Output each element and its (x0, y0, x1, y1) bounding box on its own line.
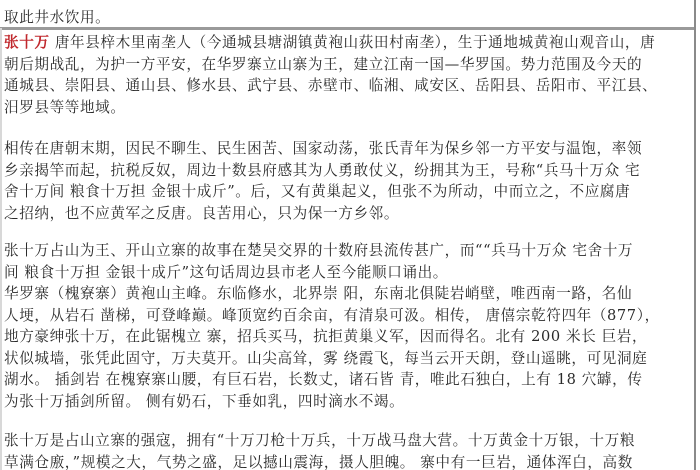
cropped-line (4, 0, 694, 7)
paragraph-3: 张十万占山为王、开山立寨的故事在楚吴交界的十数府县流传甚广，而““兵马十万众 宅… (4, 240, 694, 412)
text-line: 地方豪绅张十万，在此锯槐立 寨，招兵买马，抗拒黄巢义军，因而得名。北有 200 … (4, 326, 694, 348)
text-line: 相传在唐朝末期，因民不聊生、民生困苦、国家动荡，张氏青年为保乡邻一方平安与温饱，… (4, 138, 694, 160)
text-line: 湖水。 插剑岩 在槐寮寨山腰，有巨石岩，长数丈，诸石皆 青，唯此石独白，上有 1… (4, 369, 694, 391)
text-line: 汨罗县等等地域。 (4, 97, 694, 119)
text-line: 状似城墙，张凭此固守，万夫莫开。山尖高耸，雾 绕霞飞，每当云开天朗，登山遥眺，可… (4, 348, 694, 370)
section-divider (0, 27, 696, 30)
text-line: 之招纳，也不应黄军之反唐。良苦用心，只为保一方乡邻。 (4, 203, 694, 225)
text-line: 张十万占山为王、开山立寨的故事在楚吴交界的十数府县流传甚广，而““兵马十万众 宅… (4, 240, 694, 262)
page-left-border (0, 28, 2, 470)
page-right-border (694, 0, 696, 470)
paragraph-1: 张十万 唐年县梓木里南垄人（今通城县塘湖镇黄袍山荻田村南垄），生于通地城黄袍山观… (4, 32, 694, 118)
text-line: 为张十万插剑所留。 侧有奶石，下垂如乳，四时滴水不竭。 (4, 391, 694, 413)
top-fragment: 取此井水饮用。 (4, 0, 694, 29)
highlighted-name: 张十万 (4, 34, 50, 51)
text-line: 华罗寨（槐寮寨）黄袍山主峰。东临修水，北界崇 阳，东南北俱陡岩峭壁，唯西南一路，… (4, 283, 694, 305)
document-page: 取此井水饮用。 张十万 唐年县梓木里南垄人（今通城县塘湖镇黄袍山荻田村南垄），生… (0, 0, 700, 470)
text-line: 张十万 唐年县梓木里南垄人（今通城县塘湖镇黄袍山荻田村南垄），生于通地城黄袍山观… (4, 32, 694, 54)
text-line: 间 粮食十万担 金银十成斤”这句话周边县市老人至今能顺口诵出。 (4, 262, 694, 284)
text-line: 张十万是占山立寨的强寇，拥有“十万刀枪十万兵，十万战马盘大营。十万黄金十万银，十… (4, 430, 694, 452)
text-line: 舍十万间 粮食十万担 金银十成斤”。后，又有黄巢起义，但张不为所动，中而立之，不… (4, 181, 694, 203)
text-line: 草满仓廒，”规模之大，气势之盛，足以撼山震海，摄人胆魄。 寨中有一巨岩，通体浑白… (4, 452, 694, 470)
text-line: 通城县、崇阳县、通山县、修水县、武宁县、赤壁市、临湘、咸安区、岳阳县、岳阳市、平… (4, 75, 694, 97)
text-line: 朝后期战乱，为护一方平安，在华罗寨立山寨为王，建立江南一国—华罗国。势力范围及今… (4, 54, 694, 76)
paragraph-2: 相传在唐朝末期，因民不聊生、民生困苦、国家动荡，张氏青年为保乡邻一方平安与温饱，… (4, 138, 694, 224)
text-segment: 唐年县梓木里南垄人（今通城县塘湖镇黄袍山荻田村南垄），生于通地城黄袍山观音山，唐 (50, 34, 656, 51)
text-line: 人埂，从岩石 凿梯，可登峰巅。峰顶宽约百余亩，有清泉可汲。相传， 唐僖宗乾符四年… (4, 305, 694, 327)
paragraph-4: 张十万是占山立寨的强寇，拥有“十万刀枪十万兵，十万战马盘大营。十万黄金十万银，十… (4, 430, 694, 470)
text-line: 乡亲揭竿而起，抗税反奴，周边十数县府感其为人勇敢仗义，纷拥其为王，号称“兵马十万… (4, 160, 694, 182)
text-line: 取此井水饮用。 (4, 7, 694, 29)
